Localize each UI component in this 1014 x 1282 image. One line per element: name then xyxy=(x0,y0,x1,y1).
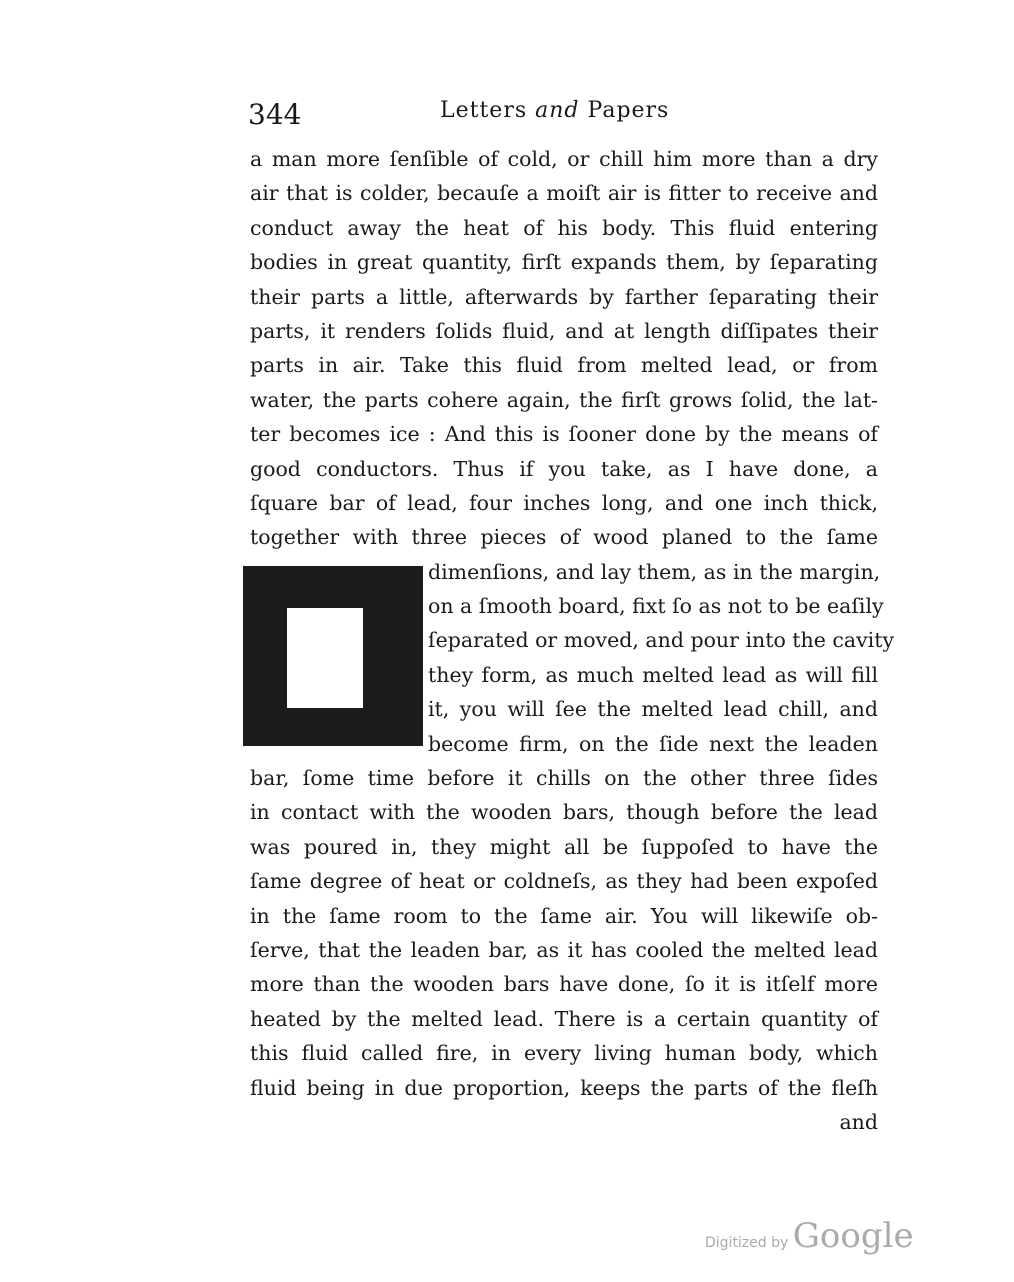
google-logo: Google xyxy=(793,1216,914,1256)
text-line: a man more ſenſible of cold, or chill hi… xyxy=(250,142,878,176)
text-line: their parts a little, afterwards by fart… xyxy=(250,280,878,314)
text-line: in contact with the wooden bars, though … xyxy=(250,795,878,829)
text-line: fluid being in due proportion, keeps the… xyxy=(250,1071,878,1105)
digitized-by-google-watermark: Digitized by Google xyxy=(705,1216,914,1256)
text-line: become firm, on the ſide next the leaden xyxy=(250,727,878,761)
text-line: air that is colder, becauſe a moiſt air … xyxy=(250,176,878,210)
text-line: in the ſame room to the ſame air. You wi… xyxy=(250,899,878,933)
text-line: parts in air. Take this fluid from melte… xyxy=(250,348,878,382)
text-line: this fluid called fire, in every living … xyxy=(250,1036,878,1070)
text-line: heated by the melted lead. There is a ce… xyxy=(250,1002,878,1036)
running-head-part3: Papers xyxy=(580,98,670,123)
text-line: on a ſmooth board, fixt ſo as not to be … xyxy=(250,589,878,623)
text-line: ſquare bar of lead, four inches long, an… xyxy=(250,486,878,520)
running-head: Letters and Papers xyxy=(440,98,669,123)
text-line: bodies in great quantity, firſt expands … xyxy=(250,245,878,279)
page-number: 344 xyxy=(248,98,301,131)
text-line: dimenſions, and lay them, as in the marg… xyxy=(250,555,878,589)
text-line: bar, ſome time before it chills on the o… xyxy=(250,761,878,795)
text-line: ſeparated or moved, and pour into the ca… xyxy=(250,623,878,657)
text-line: parts, it renders ſolids fluid, and at l… xyxy=(250,314,878,348)
text-line: they form, as much melted lead as will f… xyxy=(250,658,878,692)
text-line: ter becomes ice : And this is ſooner don… xyxy=(250,417,878,451)
body-text: a man more ſenſible of cold, or chill hi… xyxy=(250,142,878,1139)
text-line: together with three pieces of wood plane… xyxy=(250,520,878,554)
text-line: more than the wooden bars have done, ſo … xyxy=(250,967,878,1001)
text-line: was poured in, they might all be ſuppoſe… xyxy=(250,830,878,864)
text-line: it, you will ſee the melted lead chill, … xyxy=(250,692,878,726)
text-line: ſame degree of heat or coldneſs, as they… xyxy=(250,864,878,898)
text-line: water, the parts cohere again, the firſt… xyxy=(250,383,878,417)
running-head-part2: and xyxy=(535,98,579,123)
text-line: ſerve, that the leaden bar, as it has co… xyxy=(250,933,878,967)
text-line: conduct away the heat of his body. This … xyxy=(250,211,878,245)
text-line: good conductors. Thus if you take, as I … xyxy=(250,452,878,486)
watermark-prefix: Digitized by xyxy=(705,1235,793,1251)
running-head-part1: Letters xyxy=(440,98,535,123)
catchword: and xyxy=(250,1105,878,1139)
